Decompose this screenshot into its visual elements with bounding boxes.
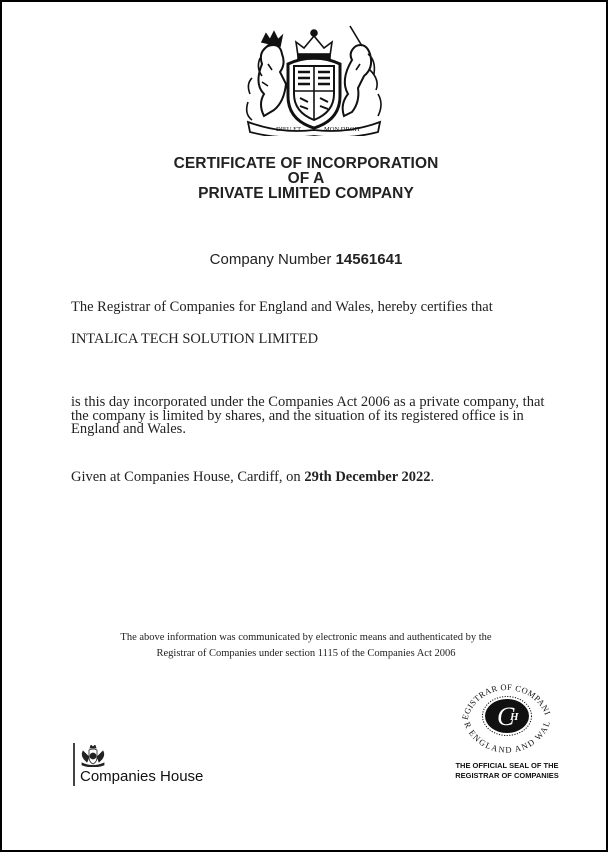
company-number-value: 14561641	[336, 251, 403, 268]
title-line-1: CERTIFICATE OF INCORPORATION	[2, 156, 608, 171]
title-line-3: PRIVATE LIMITED COMPANY	[2, 186, 608, 201]
company-number-line: Company Number 14561641	[2, 251, 608, 268]
company-name: INTALICA TECH SOLUTION LIMITED	[71, 331, 318, 348]
incorporation-date: 29th December 2022	[304, 469, 430, 485]
company-number-label: Company Number	[210, 251, 332, 268]
registrar-intro: The Registrar of Companies for England a…	[71, 299, 493, 316]
svg-text:H: H	[509, 711, 519, 723]
svg-text:MON DROIT: MON DROIT	[324, 126, 361, 133]
seal-caption-line-1: THE OFFICIAL SEAL OF THE	[442, 761, 572, 771]
logo-divider	[73, 743, 75, 786]
note-line-2: Registrar of Companies under section 111…	[2, 646, 608, 662]
note-line-1: The above information was communicated b…	[2, 630, 608, 646]
svg-text:DIEU ET: DIEU ET	[276, 126, 301, 133]
royal-coat-of-arms-icon: DIEU ET MON DROIT	[240, 24, 388, 136]
seal-caption-line-2: REGISTRAR OF COMPANIES	[442, 771, 572, 781]
companies-house-wordmark: Companies House	[80, 768, 203, 785]
certificate-page: DIEU ET MON DROIT CERTIFICATE OF INCORPO…	[0, 0, 608, 852]
title-line-2: OF A	[2, 171, 608, 186]
given-at-suffix: .	[431, 469, 435, 485]
given-at-line: Given at Companies House, Cardiff, on 29…	[71, 469, 434, 486]
seal-caption: THE OFFICIAL SEAL OF THE REGISTRAR OF CO…	[442, 761, 572, 780]
registrar-seal-icon: REGISTRAR OF COMPANIES FOR ENGLAND AND W…	[458, 674, 556, 756]
mini-crest-icon	[80, 745, 106, 767]
certificate-title: CERTIFICATE OF INCORPORATION OF A PRIVAT…	[2, 156, 608, 201]
incorporation-statement: is this day incorporated under the Compa…	[71, 396, 551, 437]
given-at-prefix: Given at Companies House, Cardiff, on	[71, 469, 301, 485]
authentication-note: The above information was communicated b…	[2, 630, 608, 662]
